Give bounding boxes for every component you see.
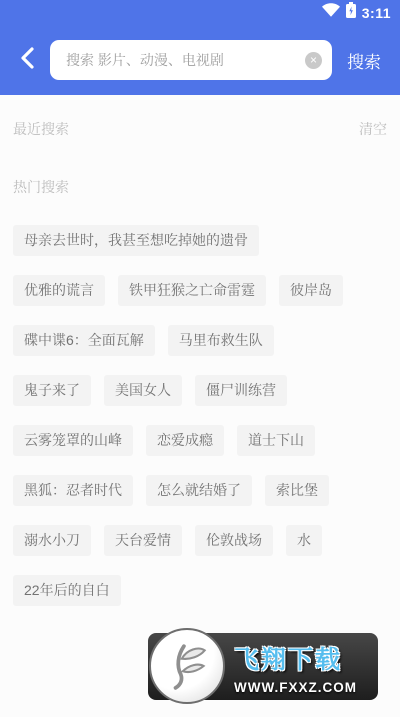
hot-tag-row: 碟中谍6：全面瓦解马里布救生队	[13, 325, 387, 356]
hot-tag-chip[interactable]: 铁甲狂猴之亡命雷霆	[118, 275, 266, 306]
watermark: 飞翔下载 WWW.FXXZ.COM	[148, 633, 378, 700]
back-button[interactable]	[4, 47, 50, 74]
hot-tag-chip[interactable]: 水	[286, 525, 322, 556]
recent-search-label: 最近搜索	[13, 119, 69, 139]
hot-tag-row: 鬼子来了美国女人僵尸训练营	[13, 375, 387, 406]
hot-tag-row: 母亲去世时，我甚至想吃掉她的遗骨	[13, 225, 387, 256]
wifi-icon	[322, 3, 340, 22]
chevron-left-icon	[21, 47, 34, 74]
search-header-bar: × 搜索	[0, 25, 400, 95]
header: 3:11 × 搜索	[0, 0, 400, 95]
hot-tag-chip[interactable]: 怎么就结婚了	[146, 475, 252, 506]
hot-tag-chip[interactable]: 鬼子来了	[13, 375, 91, 406]
hot-search-label: 热门搜索	[0, 177, 400, 197]
hot-tag-chip[interactable]: 优雅的谎言	[13, 275, 105, 306]
hot-tag-row: 22年后的自白	[13, 575, 387, 606]
hot-tag-chip[interactable]: 溺水小刀	[13, 525, 91, 556]
recent-search-row: 最近搜索 清空	[0, 119, 400, 139]
battery-charging-icon	[346, 2, 356, 23]
clear-input-icon[interactable]: ×	[305, 52, 322, 69]
watermark-title: 飞翔下载	[234, 640, 374, 676]
clear-recent-button[interactable]: 清空	[359, 119, 387, 139]
hot-tag-row: 黑狐：忍者时代怎么就结婚了索比堡	[13, 475, 387, 506]
hot-tag-chip[interactable]: 天台爱情	[104, 525, 182, 556]
hot-tag-chip[interactable]: 22年后的自白	[13, 575, 121, 606]
hot-tag-row: 优雅的谎言铁甲狂猴之亡命雷霆彼岸岛	[13, 275, 387, 306]
status-bar: 3:11	[0, 0, 400, 25]
hot-tag-chip[interactable]: 索比堡	[265, 475, 329, 506]
search-input-container: ×	[50, 40, 332, 80]
hot-tag-chip[interactable]: 僵尸训练营	[195, 375, 287, 406]
watermark-text: 飞翔下载 WWW.FXXZ.COM	[234, 640, 374, 695]
hot-tag-chip[interactable]: 马里布救生队	[168, 325, 274, 356]
search-input[interactable]	[64, 51, 305, 69]
fxxz-wings-logo	[149, 628, 225, 704]
hot-tags-list: 母亲去世时，我甚至想吃掉她的遗骨优雅的谎言铁甲狂猴之亡命雷霆彼岸岛碟中谍6：全面…	[0, 225, 400, 606]
search-screen: 3:11 × 搜索 最近搜索 清空 热门搜索 母亲去世时，我甚至想吃掉她的遗骨优…	[0, 0, 400, 717]
search-button[interactable]: 搜索	[332, 48, 396, 73]
status-time: 3:11	[362, 5, 391, 21]
hot-tag-row: 溺水小刀天台爱情伦敦战场水	[13, 525, 387, 556]
watermark-url: WWW.FXXZ.COM	[234, 680, 374, 695]
hot-tag-chip[interactable]: 伦敦战场	[195, 525, 273, 556]
hot-tag-chip[interactable]: 彼岸岛	[279, 275, 343, 306]
hot-tag-chip[interactable]: 黑狐：忍者时代	[13, 475, 133, 506]
hot-tag-chip[interactable]: 美国女人	[104, 375, 182, 406]
hot-tag-chip[interactable]: 碟中谍6：全面瓦解	[13, 325, 155, 356]
hot-tag-chip[interactable]: 道士下山	[237, 425, 315, 456]
hot-tag-chip[interactable]: 母亲去世时，我甚至想吃掉她的遗骨	[13, 225, 259, 256]
hot-tag-chip[interactable]: 云雾笼罩的山峰	[13, 425, 133, 456]
hot-tag-row: 云雾笼罩的山峰恋爱成瘾道士下山	[13, 425, 387, 456]
hot-tag-chip[interactable]: 恋爱成瘾	[146, 425, 224, 456]
